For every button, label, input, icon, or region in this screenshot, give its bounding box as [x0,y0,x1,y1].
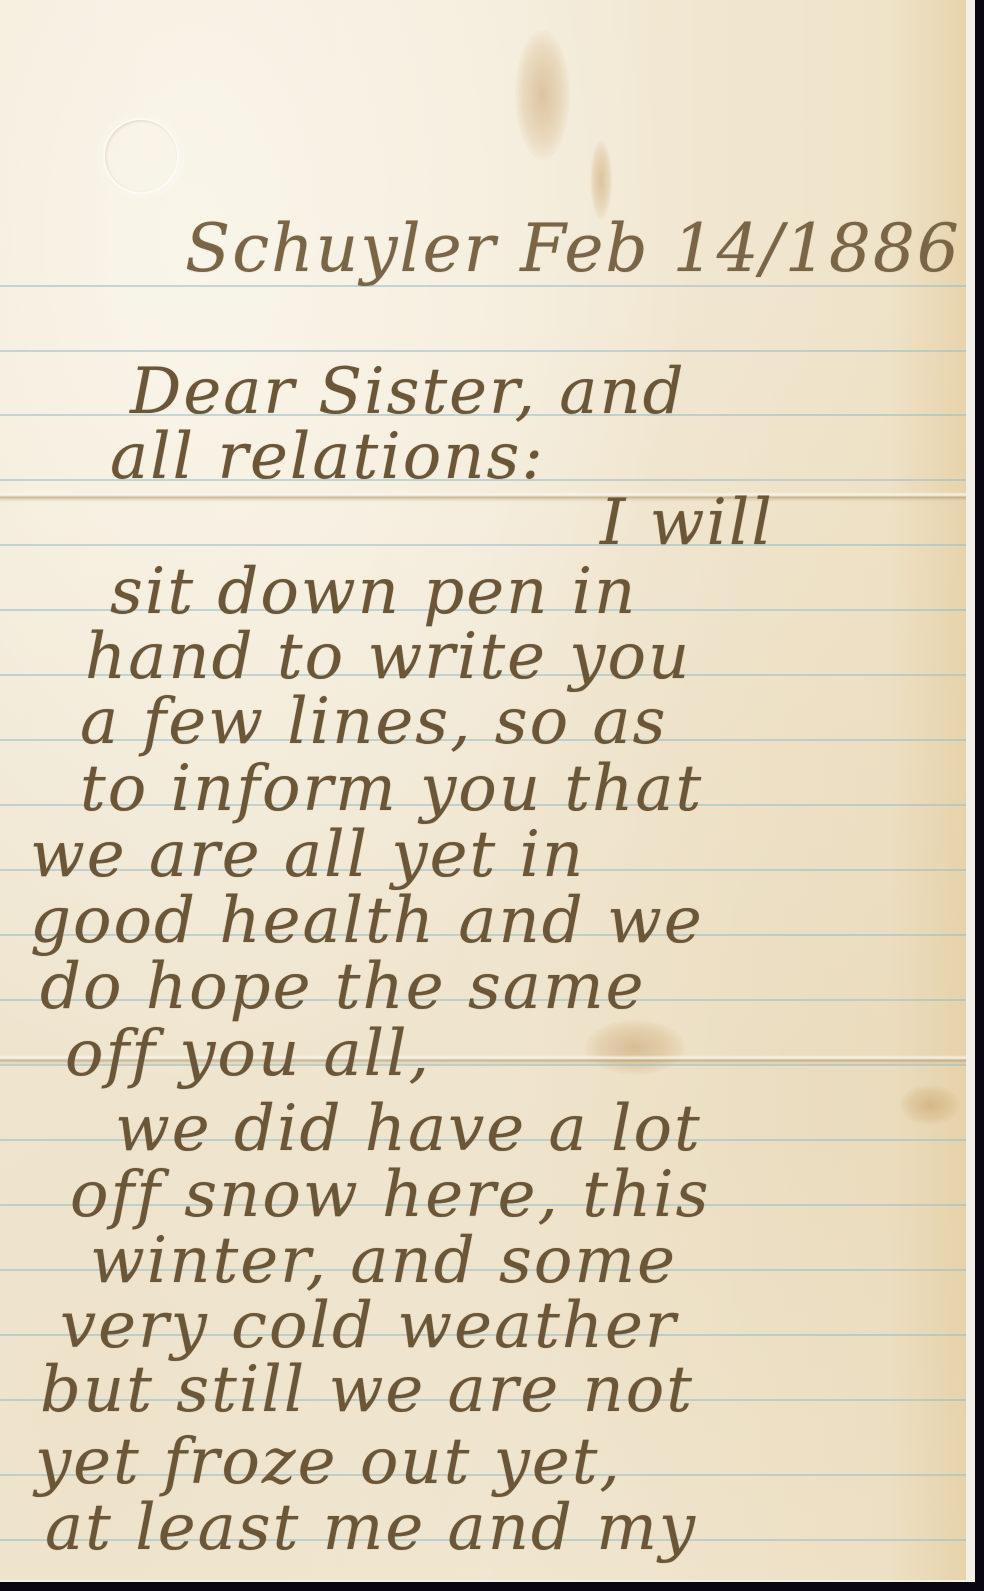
body-line: winter, and some [90,1224,677,1298]
rule-line [0,350,966,352]
body-line: hand to write you [85,620,691,694]
body-line: do hope the same [40,950,646,1024]
stain-right [900,1085,960,1125]
stain-middle [585,1020,685,1075]
body-line: off snow here, this [70,1158,710,1232]
rule-line [0,544,966,546]
body-line: good health and we [30,884,704,958]
body-line: we did have a lot [115,1092,702,1166]
salutation-line-2: all relations: [110,420,545,494]
salutation-line-1: Dear Sister, and [130,355,686,429]
letter-heading: Schuyler Feb 14/1886 [185,210,961,287]
body-line: off you all, [65,1017,431,1091]
body-line: yet froze out yet, [35,1425,622,1499]
body-line: very cold weather [60,1289,678,1363]
stain-top-drip [590,140,612,220]
stain-top [515,30,570,160]
body-line: but still we are not [40,1353,694,1427]
body-line: to inform you that [80,752,703,826]
heading-text: Schuyler Feb 14/1886 [185,210,961,287]
embossed-seal [103,118,179,194]
body-line: sit down pen in [110,555,637,629]
scan-canvas: Schuyler Feb 14/1886 Dear Sister, and al… [0,0,984,1591]
body-line: we are all yet in [30,818,585,892]
body-line: at least me and my [45,1491,697,1565]
letter-page: Schuyler Feb 14/1886 Dear Sister, and al… [0,0,966,1580]
body-line: I will [600,486,774,560]
body-line: a few lines, so as [80,685,667,759]
